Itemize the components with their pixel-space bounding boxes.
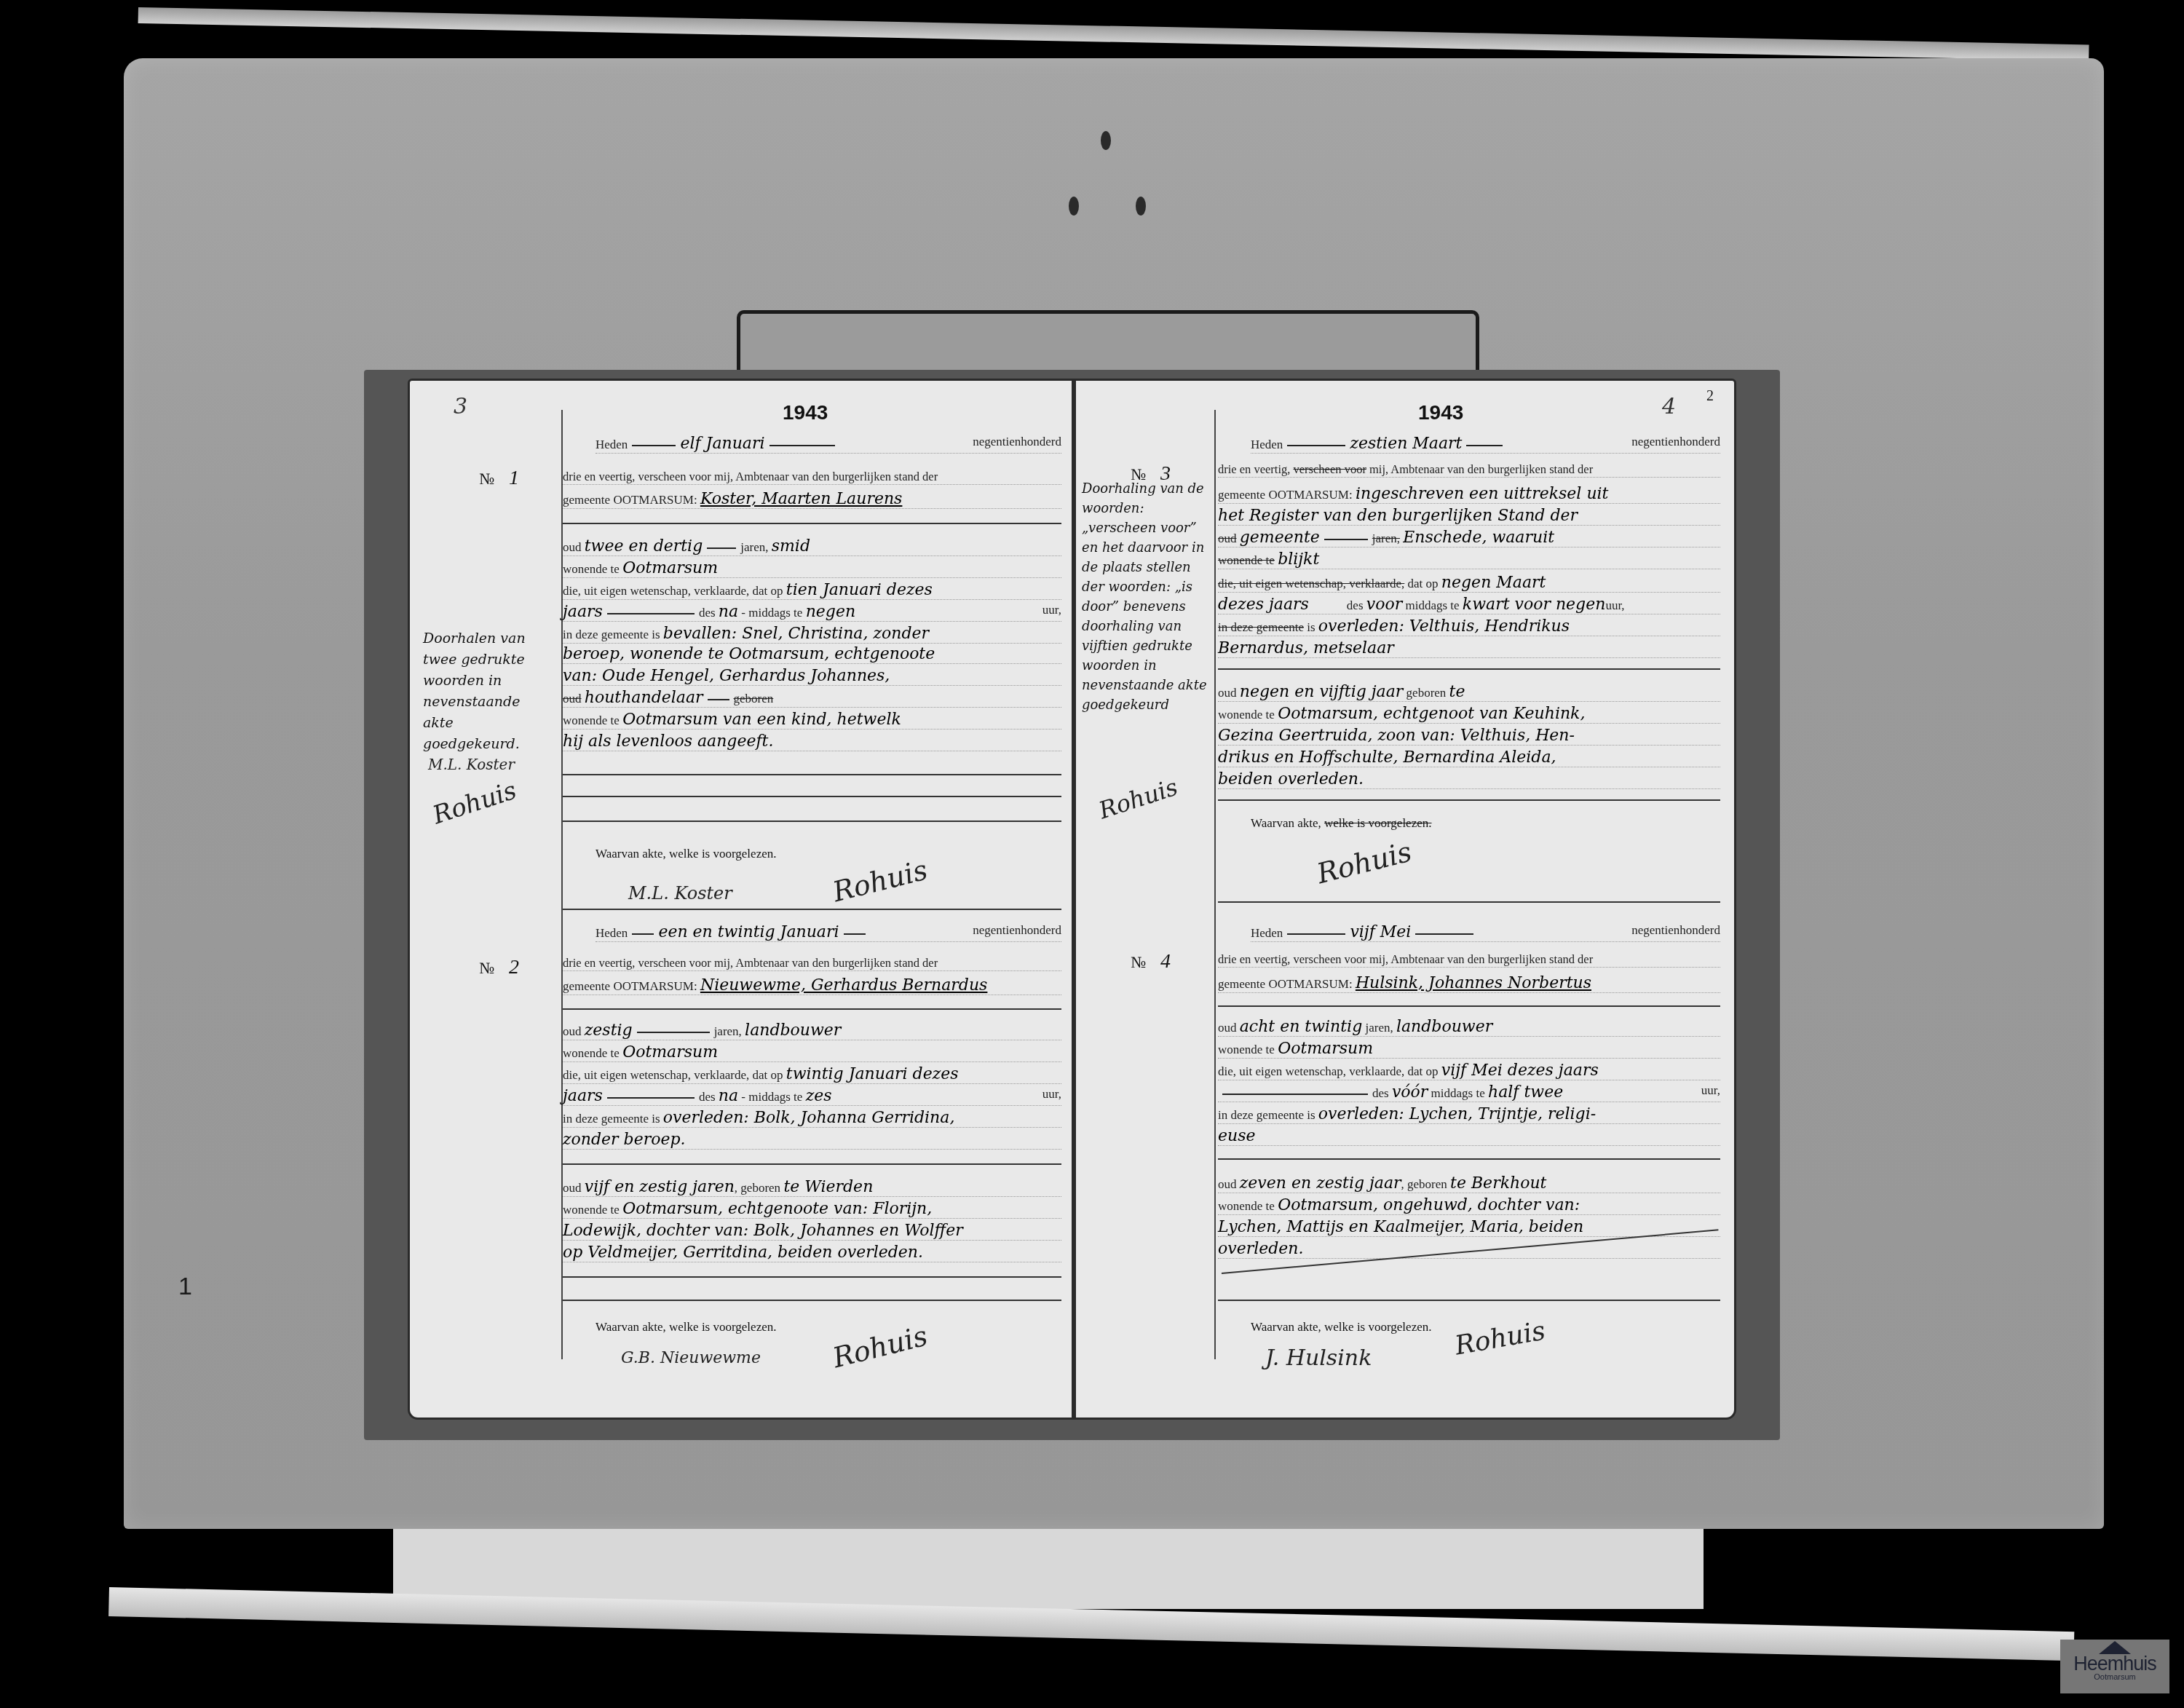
signature: Rohuis — [830, 854, 931, 909]
right-page: 1943 4 2 №3 Hedenzestien Maartnegentienh… — [1074, 379, 1736, 1420]
occupation: landbouwer — [1396, 1018, 1492, 1036]
left-page: 3 1943 №1 Hedenelf Januarinegentienhonde… — [408, 379, 1074, 1420]
act-date: elf Januari — [680, 435, 764, 453]
margin-note: Doorhalen van twee gedrukte woorden in n… — [423, 628, 554, 755]
mount-hole — [1069, 197, 1079, 216]
margin-note: Doorhaling van de woorden: „verscheen vo… — [1082, 479, 1211, 715]
act-number: №1 — [479, 467, 519, 490]
signature: J. Hulsink — [1265, 1345, 1372, 1371]
under-pages — [393, 1529, 1704, 1609]
page-corner-mark: 3 — [454, 394, 467, 419]
act-date: een en twintig Januari — [658, 923, 839, 941]
signature: Rohuis — [830, 1320, 931, 1375]
page-year: 1943 — [783, 401, 828, 424]
declarant-name: Nieuwewme, Gerhardus Bernardus — [700, 976, 988, 995]
act-date: vijf Mei — [1350, 923, 1411, 941]
declarant-name: Koster, Maarten Laurens — [700, 490, 903, 508]
heemhuis-watermark: Heemhuis Ootmarsum — [2060, 1640, 2169, 1693]
page-corner-mark: 4 — [1662, 394, 1676, 419]
film-edge-top — [138, 7, 2089, 60]
signature: G.B. Nieuwewme — [621, 1349, 761, 1367]
closing-text: Waarvan akte, welke is voorgelezen. — [1251, 816, 1432, 831]
signature: Rohuis — [1314, 836, 1415, 890]
margin-signature: Rohuis — [1096, 773, 1182, 825]
margin-signature: Rohuis — [430, 776, 521, 831]
occupation: smid — [772, 537, 810, 556]
mount-mark: 1 — [178, 1273, 192, 1301]
margin-rule — [1214, 410, 1216, 1359]
occupation: landbouwer — [745, 1021, 841, 1040]
declarant-name: Hulsink, Johannes Norbertus — [1356, 974, 1591, 992]
signature: M.L. Koster — [628, 883, 732, 904]
mount-hole — [1101, 131, 1111, 150]
page-number: 2 — [1706, 388, 1714, 405]
margin-signature: M.L. Koster — [428, 756, 515, 773]
closing-text: Waarvan akte, welke is voorgelezen. — [1251, 1320, 1431, 1335]
act-number: №2 — [479, 956, 519, 979]
signature: Rohuis — [1452, 1316, 1547, 1361]
page-year: 1943 — [1418, 401, 1463, 424]
mount-hole — [1136, 197, 1146, 216]
closing-text: Waarvan akte, welke is voorgelezen. — [596, 847, 776, 861]
act-number: №4 — [1131, 950, 1171, 973]
act-date: zestien Maart — [1350, 435, 1462, 453]
closing-text: Waarvan akte, welke is voorgelezen. — [596, 1320, 776, 1335]
